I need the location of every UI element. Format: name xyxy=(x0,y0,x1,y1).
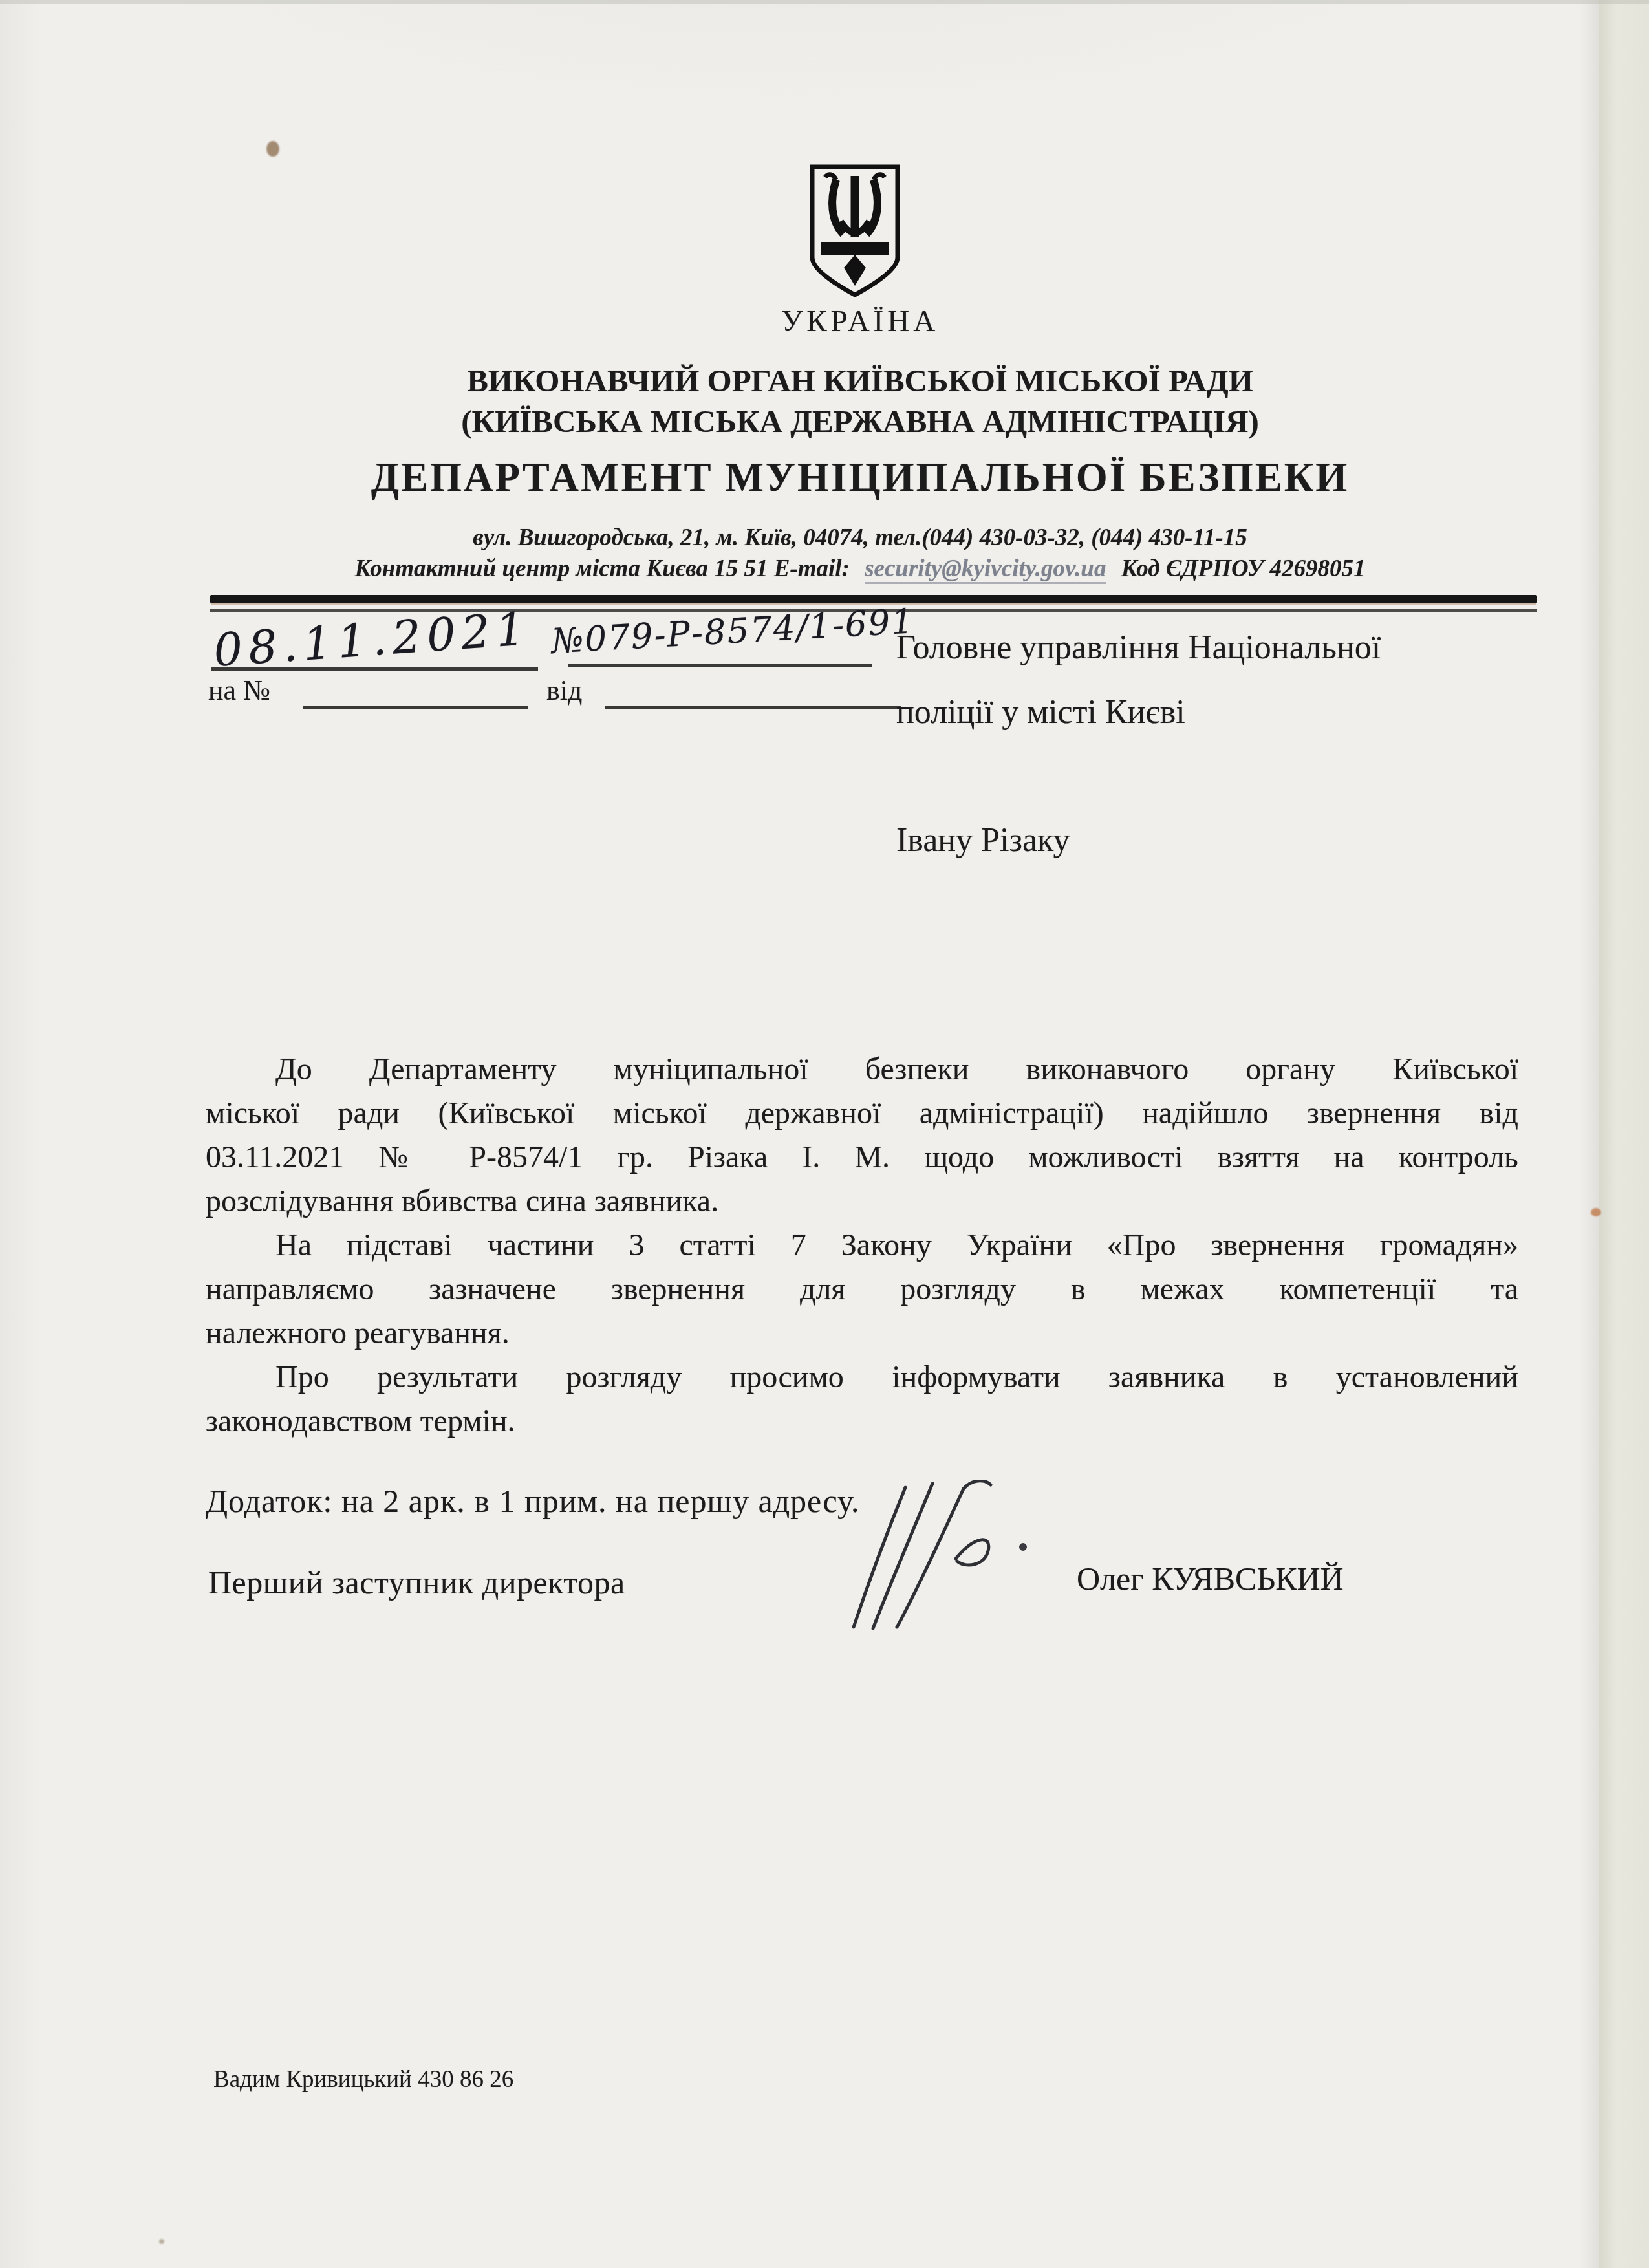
scanned-letter-page: УКРАЇНА ВИКОНАВЧИЙ ОРГАН КИЇВСЬКОЇ МІСЬК… xyxy=(0,0,1649,2268)
body-line: 03.11.2021 № Р-8574/1 гр. Різака І. М. щ… xyxy=(206,1136,1518,1180)
paper-stain-speck xyxy=(1591,1208,1601,1216)
on-number-label: на № xyxy=(208,674,270,707)
letter-body: До Департаменту муніципальної безпеки ви… xyxy=(206,1048,1518,1443)
recipient-line-2: поліції у місті Києві xyxy=(896,693,1185,731)
date-underline xyxy=(211,667,538,671)
on-number-blank-underline xyxy=(303,706,528,709)
contact-line: Контактний центр міста Києва 15 51 E-mai… xyxy=(68,555,1649,583)
ukraine-trident-emblem-icon xyxy=(806,160,904,301)
body-line: розслідування вбивства сина заявника. xyxy=(206,1180,1518,1224)
address-line: вул. Вишгородська, 21, м. Київ, 04074, т… xyxy=(68,524,1649,552)
scanner-backing xyxy=(1599,0,1649,2268)
number-underline xyxy=(568,664,872,667)
from-label: від xyxy=(546,674,582,707)
scan-top-edge xyxy=(0,0,1649,4)
body-line: Про результати розгляду просимо інформув… xyxy=(206,1355,1518,1399)
body-line: законодавством термін. xyxy=(206,1399,1518,1443)
attachment-line: Додаток: на 2 арк. в 1 прим. на першу ад… xyxy=(206,1482,860,1520)
executor-contact: Вадим Кривицький 430 86 26 xyxy=(213,2066,513,2093)
signer-name: Олег КУЯВСЬКИЙ xyxy=(1077,1560,1344,1597)
recipient-person: Івану Різаку xyxy=(896,821,1070,859)
body-line: На підставі частини 3 статті 7 Закону Ук… xyxy=(206,1224,1518,1268)
handwritten-signature xyxy=(829,1480,1046,1635)
org-line-2: (КИЇВСЬКА МІСЬКА ДЕРЖАВНА АДМІНІСТРАЦІЯ) xyxy=(68,403,1649,440)
edrpou-code: Код ЄДРПОУ 42698051 xyxy=(1121,556,1366,582)
org-line-1: ВИКОНАВЧИЙ ОРГАН КИЇВСЬКОЇ МІСЬКОЇ РАДИ xyxy=(68,362,1649,399)
body-line: належного реагування. xyxy=(206,1312,1518,1355)
body-line: міської ради (Київської міської державно… xyxy=(206,1092,1518,1136)
paper-stain-speck xyxy=(266,141,279,157)
from-blank-underline xyxy=(605,706,901,709)
body-line: направляємо зазначене звернення для розг… xyxy=(206,1268,1518,1312)
paper-stain-speck xyxy=(159,2239,164,2244)
contact-prefix: Контактний центр міста Києва 15 51 E-mai… xyxy=(355,556,850,582)
letterhead-rule-thick xyxy=(210,595,1537,603)
department-title: ДЕПАРТАМЕНТ МУНІЦИПАЛЬНОЇ БЕЗПЕКИ xyxy=(68,454,1649,501)
body-line: До Департаменту муніципальної безпеки ви… xyxy=(206,1048,1518,1092)
signer-title: Перший заступник директора xyxy=(208,1564,625,1601)
email-address: security@kyivcity.gov.ua xyxy=(865,556,1106,584)
recipient-line-1: Головне управління Національної xyxy=(896,629,1381,667)
country-title: УКРАЇНА xyxy=(68,304,1649,339)
